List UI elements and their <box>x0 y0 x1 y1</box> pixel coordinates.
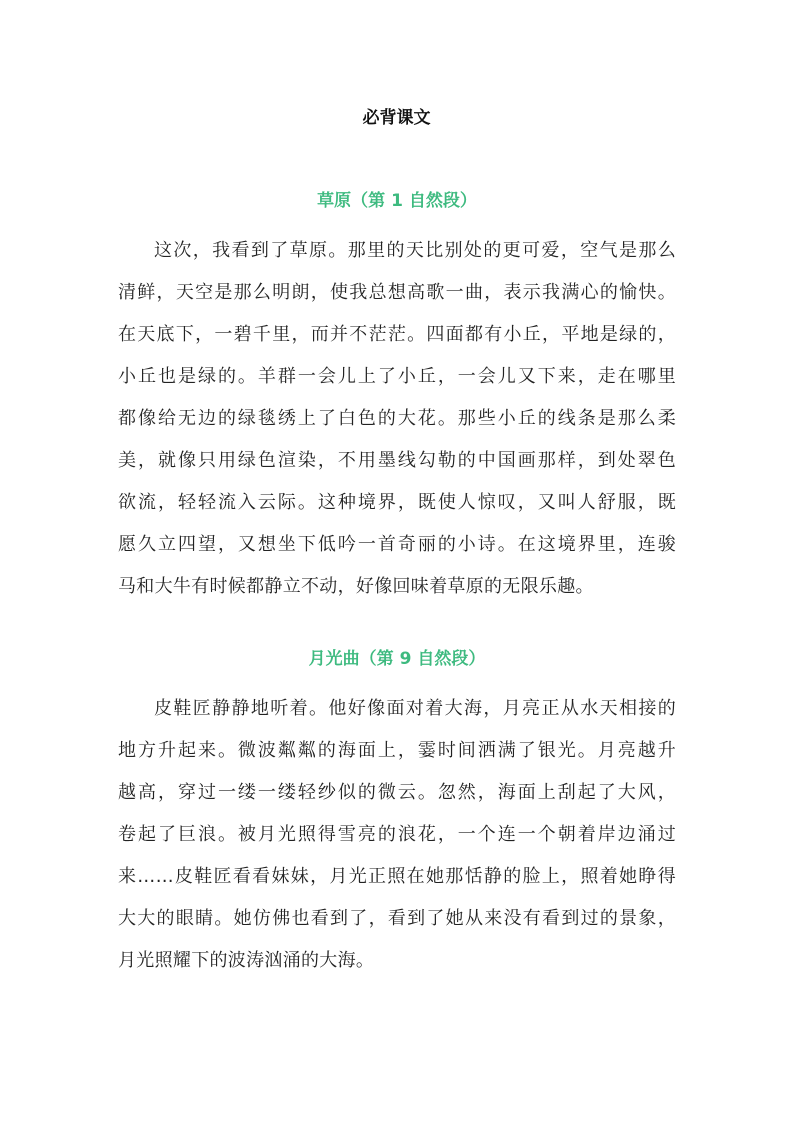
paragraph-line: 都像给无边的绿毯绣上了白色的大花。那些小丘的线条是那么柔 <box>118 398 676 440</box>
section-paragraph: 这次，我看到了草原。那里的天比别处的更可爱，空气是那么 清鲜，天空是那么明朗，使… <box>118 230 676 608</box>
section-paragraph: 皮鞋匠静静地听着。他好像面对着大海，月亮正从水天相接的 地方升起来。微波粼粼的海… <box>118 688 676 982</box>
paragraph-line: 大大的眼睛。她仿佛也看到了，看到了她从来没有看到过的景象， <box>118 898 676 940</box>
paragraph-line: 清鲜，天空是那么明朗，使我总想高歌一曲，表示我满心的愉快。 <box>118 272 676 314</box>
paragraph-line: 皮鞋匠静静地听着。他好像面对着大海，月亮正从水天相接的 <box>118 688 676 730</box>
paragraph-line: 欲流，轻轻流入云际。这种境界，既使人惊叹，又叫人舒服，既 <box>118 482 676 524</box>
paragraph-line: 越高，穿过一缕一缕轻纱似的微云。忽然，海面上刮起了大风， <box>118 772 676 814</box>
paragraph-line: 月光照耀下的波涛汹涌的大海。 <box>118 940 676 982</box>
paragraph-line: 愿久立四望，又想坐下低吟一首奇丽的小诗。在这境界里，连骏 <box>118 524 676 566</box>
paragraph-line: 小丘也是绿的。羊群一会儿上了小丘，一会儿又下来，走在哪里 <box>118 356 676 398</box>
paragraph-line: 地方升起来。微波粼粼的海面上，霎时间洒满了银光。月亮越升 <box>118 730 676 772</box>
section-moonlight-sonata: 月光曲（第 9 自然段） 皮鞋匠静静地听着。他好像面对着大海，月亮正从水天相接的… <box>118 645 676 982</box>
section-heading: 月光曲（第 9 自然段） <box>118 645 676 673</box>
paragraph-line: 美，就像只用绿色渲染，不用墨线勾勒的中国画那样，到处翠色 <box>118 440 676 482</box>
paragraph-line: 马和大牛有时候都静立不动，好像回味着草原的无限乐趣。 <box>118 566 676 608</box>
paragraph-line: 在天底下，一碧千里，而并不茫茫。四面都有小丘，平地是绿的， <box>118 314 676 356</box>
section-heading: 草原（第 1 自然段） <box>118 187 676 215</box>
document-page: 必背课文 草原（第 1 自然段） 这次，我看到了草原。那里的天比别处的更可爱，空… <box>0 0 793 1122</box>
paragraph-line: 这次，我看到了草原。那里的天比别处的更可爱，空气是那么 <box>118 230 676 272</box>
paragraph-line: 来……皮鞋匠看看妹妹，月光正照在她那恬静的脸上，照着她睁得 <box>118 856 676 898</box>
section-grassland: 草原（第 1 自然段） 这次，我看到了草原。那里的天比别处的更可爱，空气是那么 … <box>118 187 676 608</box>
page-title: 必背课文 <box>0 104 793 132</box>
paragraph-line: 卷起了巨浪。被月光照得雪亮的浪花，一个连一个朝着岸边涌过 <box>118 814 676 856</box>
